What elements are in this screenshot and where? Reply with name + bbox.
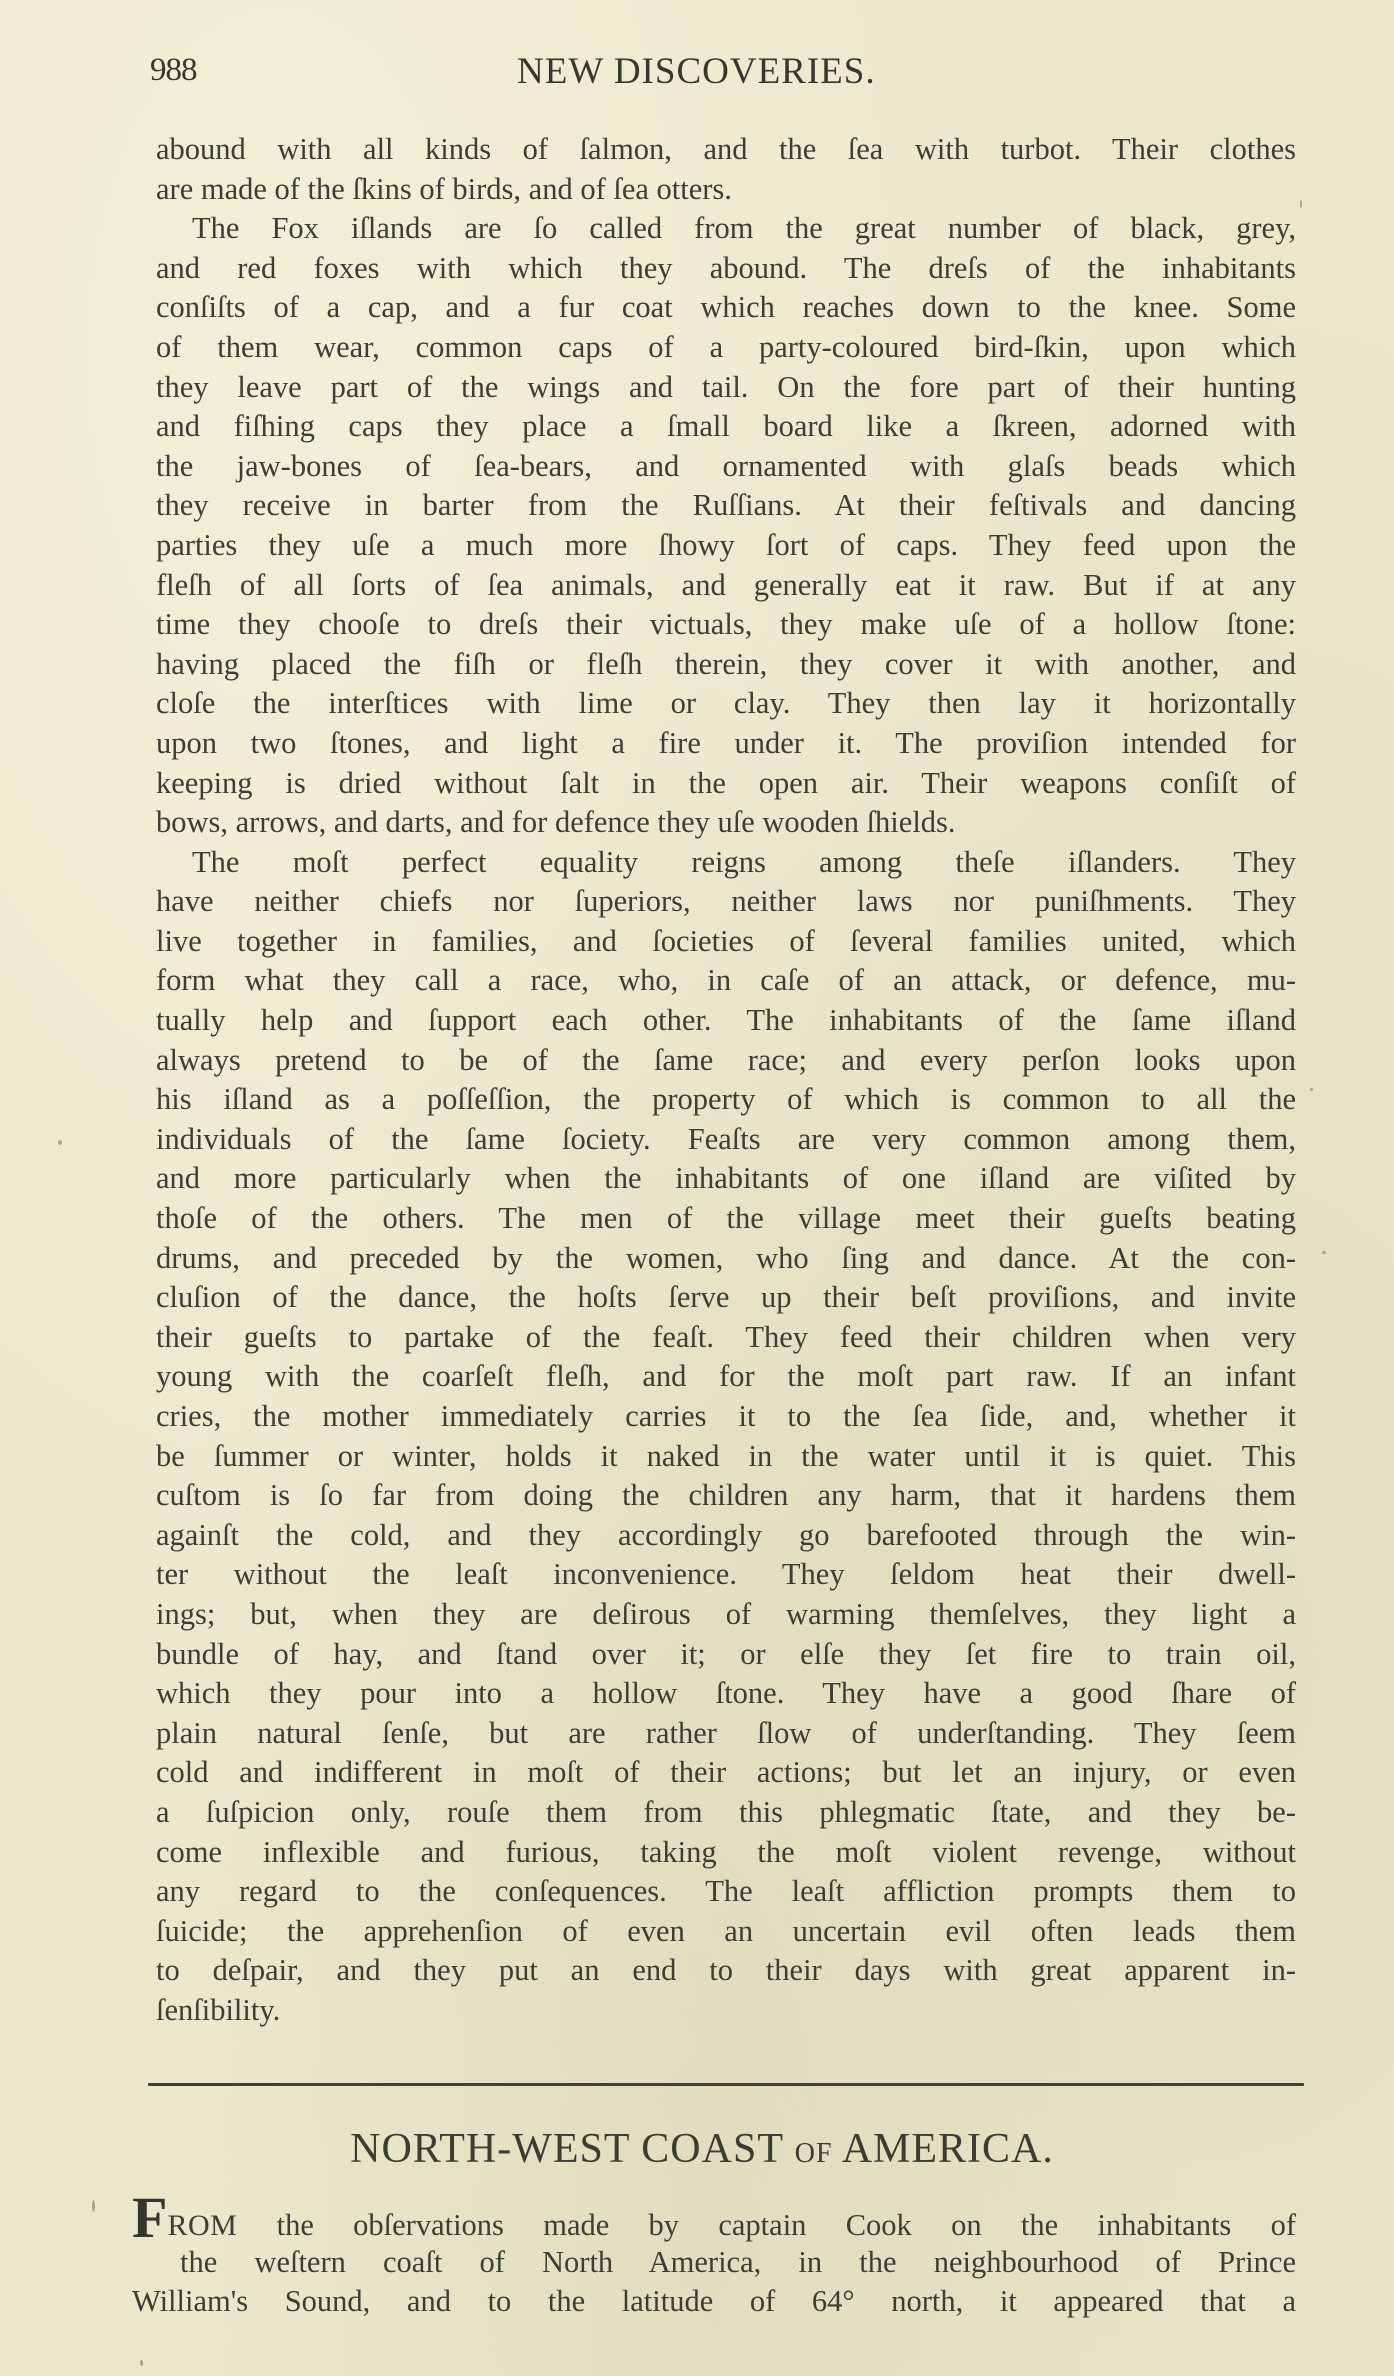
- paragraph-line: and fiſhing caps they place a ſmall boar…: [156, 407, 1296, 447]
- paragraph-line: a ſuſpicion only, rouſe them from this p…: [156, 1793, 1296, 1833]
- paragraph-line: drums, and preceded by the women, who ſi…: [156, 1239, 1296, 1279]
- paragraph-line: and red foxes with which they abound. Th…: [156, 249, 1296, 289]
- paragraph-line: are made of the ſkins of birds, and of ſ…: [156, 170, 1296, 210]
- paragraph-line: live together in families, and ſocieties…: [156, 922, 1296, 962]
- paper-speck: [1300, 200, 1302, 208]
- paragraph-line: they leave part of the wings and tail. O…: [156, 368, 1296, 408]
- paragraph-line: thoſe of the others. The men of the vill…: [156, 1199, 1296, 1239]
- section-heading-main: NORTH-WEST COAST: [350, 2126, 783, 2172]
- paragraph-line: individuals of the ſame ſociety. Feaſts …: [156, 1120, 1296, 1160]
- paragraph-line: form what they call a race, who, in caſe…: [156, 961, 1296, 1001]
- paragraph-line: The Fox iſlands are ſo called from the g…: [156, 209, 1296, 249]
- page-number: 988: [150, 52, 197, 89]
- paragraph-line: any regard to the conſequences. The leaſ…: [156, 1872, 1296, 1912]
- paragraph-line: conſiſts of a cap, and a fur coat which …: [156, 288, 1296, 328]
- paragraph-line: ings; but, when they are deſirous of war…: [156, 1595, 1296, 1635]
- section-heading-of: OF: [795, 2138, 833, 2169]
- body-text: abound with all kinds of ſalmon, and the…: [156, 130, 1296, 2031]
- paragraph-line: the weſtern coaſt of North America, in t…: [116, 2243, 1296, 2283]
- paragraph-line: ter without the leaſt inconvenience. The…: [156, 1555, 1296, 1595]
- paragraph-line: plain natural ſenſe, but are rather ſlow…: [156, 1714, 1296, 1754]
- paper-speck: [92, 2200, 95, 2212]
- section-heading-place: AMERICA.: [842, 2126, 1054, 2172]
- paragraph-line: always pretend to be of the ſame race; a…: [156, 1041, 1296, 1081]
- paragraph-line: to deſpair, and they put an end to their…: [156, 1951, 1296, 1991]
- paragraph: abound with all kinds of ſalmon, and the…: [156, 130, 1296, 209]
- paragraph-line: keeping is dried without ſalt in the ope…: [156, 764, 1296, 804]
- paragraph-line: having placed the fiſh or fleſh therein,…: [156, 645, 1296, 685]
- small-caps-lead: ROM: [167, 2209, 237, 2242]
- paper-speck: [140, 2360, 143, 2366]
- paragraph-line: FROM the obſervations made by captain Co…: [116, 2203, 1296, 2243]
- paragraph-line: their gueſts to partake of the feaſt. Th…: [156, 1318, 1296, 1358]
- section-divider-rule: [148, 2083, 1304, 2086]
- section-heading: NORTH-WEST COAST OF AMERICA.: [0, 2125, 1394, 2173]
- paper-speck: [1310, 1088, 1313, 1091]
- paragraph-line: and more particularly when the inhabitan…: [156, 1159, 1296, 1199]
- paragraph-line: cold and indifferent in moſt of their ac…: [156, 1753, 1296, 1793]
- drop-cap: F: [132, 2185, 167, 2250]
- paragraph-line: tually help and ſupport each other. The …: [156, 1001, 1296, 1041]
- paragraph-line: ſuicide; the apprehenſion of even an unc…: [156, 1912, 1296, 1952]
- paragraph-line: young with the coarſeſt fleſh, and for t…: [156, 1357, 1296, 1397]
- paragraph-line: bows, arrows, and darts, and for defence…: [156, 803, 1296, 843]
- paragraph-line: come inflexible and furious, taking the …: [156, 1833, 1296, 1873]
- paragraph-line: time they chooſe to dreſs their victuals…: [156, 605, 1296, 645]
- paragraph-line: William's Sound, and to the latitude of …: [116, 2282, 1296, 2322]
- paragraph-line: bundle of hay, and ſtand over it; or elſ…: [156, 1635, 1296, 1675]
- paragraph-line: which they pour into a hollow ſtone. The…: [156, 1674, 1296, 1714]
- paragraph-line: they receive in barter from the Ruſſians…: [156, 486, 1296, 526]
- scanned-book-page: 988 NEW DISCOVERIES. abound with all kin…: [0, 0, 1394, 2376]
- section-opening-paragraph: FROM the obſervations made by captain Co…: [116, 2203, 1296, 2322]
- paragraph-line: fleſh of all ſorts of ſea animals, and g…: [156, 566, 1296, 606]
- paragraph: The moſt perfect equality reigns among t…: [156, 843, 1296, 2031]
- paragraph-line: of them wear, common caps of a party-col…: [156, 328, 1296, 368]
- paragraph-line: parties they uſe a much more ſhowy ſort …: [156, 526, 1296, 566]
- paragraph-line: ſenſibility.: [156, 1991, 1296, 2031]
- paper-speck: [58, 1140, 62, 1145]
- paragraph-line: cuſtom is ſo far from doing the children…: [156, 1476, 1296, 1516]
- paragraph-line: cloſe the interſtices with lime or clay.…: [156, 684, 1296, 724]
- paragraph-line: cluſion of the dance, the hoſts ſerve up…: [156, 1278, 1296, 1318]
- running-title: NEW DISCOVERIES.: [517, 50, 876, 93]
- paragraph-line: upon two ſtones, and light a fire under …: [156, 724, 1296, 764]
- paragraph-line: the jaw-bones of ſea-bears, and ornament…: [156, 447, 1296, 487]
- paragraph-line: his iſland as a poſſeſſion, the property…: [156, 1080, 1296, 1120]
- paragraph-line: be ſummer or winter, holds it naked in t…: [156, 1437, 1296, 1477]
- paragraph-line: have neither chiefs nor ſuperiors, neith…: [156, 882, 1296, 922]
- paragraph-line: againſt the cold, and they accordingly g…: [156, 1516, 1296, 1556]
- paper-speck: [1322, 1251, 1326, 1254]
- paragraph-line: cries, the mother immediately carries it…: [156, 1397, 1296, 1437]
- paragraph: The Fox iſlands are ſo called from the g…: [156, 209, 1296, 843]
- paragraph-line: The moſt perfect equality reigns among t…: [156, 843, 1296, 883]
- line-text: the obſervations made by captain Cook on…: [277, 2208, 1296, 2242]
- running-head: 988 NEW DISCOVERIES.: [150, 50, 1300, 100]
- paragraph-line: abound with all kinds of ſalmon, and the…: [156, 130, 1296, 170]
